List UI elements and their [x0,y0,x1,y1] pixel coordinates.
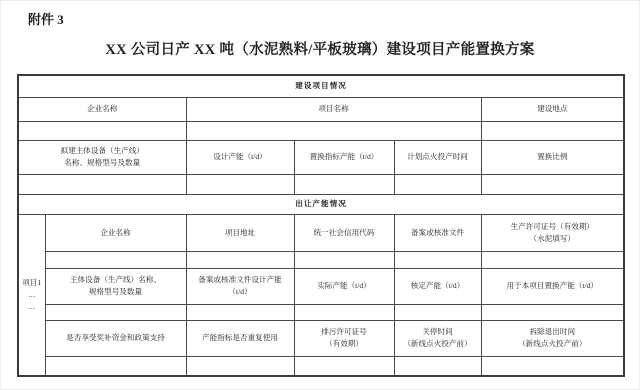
header-credit-code: 统一社会信用代码 [294,214,394,251]
empty-cell-actual-capacity [294,304,394,320]
empty-cell-filing-design-capacity [186,304,294,320]
empty-cell-planned-ignition-time [394,174,481,194]
header-planned-ignition-time: 计划点火投产时间 [394,140,481,174]
header-transfer-enterprise-name: 企业名称 [45,214,186,251]
header-construction-site: 建设地点 [481,97,624,121]
doc-title: XX 公司日产 XX 吨（水泥熟料/平板玻璃）建设项目产能置换方案 [0,38,640,59]
header-replacement-indicator-capacity: 置换指标产能（t/d） [294,140,394,174]
empty-cell-demolition-time [481,356,624,376]
ellipsis-1: … [28,290,36,299]
header-subsidy-support: 是否享受奖补资金和政策支持 [45,320,186,356]
header-project-address: 项目地址 [186,214,294,251]
header-actual-capacity: 实际产能（t/d） [294,268,394,304]
empty-cell-enterprise-name [18,121,186,140]
section-header-construction: 建设项目情况 [18,75,624,97]
empty-cell-design-capacity [186,174,294,194]
header-filing-design-capacity: 备案或核准文件设计产能 （t/d） [186,268,294,304]
header-main-equipment: 主体设备（生产线）名称、 规格型号及数量 [45,268,186,304]
empty-cell-capacity-for-replacement [481,304,624,320]
capacity-replacement-table: 建设项目情况 企业名称 项目名称 建设地点 拟建主体设备（生产线） 名称、规格型… [17,74,625,377]
header-shutdown-time: 关停时间 （新线点火投产前） [394,320,481,356]
header-planned-equipment: 拟建主体设备（生产线） 名称、规格型号及数量 [18,140,186,174]
empty-cell-pollution-permit [294,356,394,376]
empty-cell-planned-equipment [18,174,186,194]
project-1-text: 项目1 [22,278,41,287]
section-header-transfer: 出让产能情况 [18,194,624,214]
project-1-label: 项目1…… [18,214,45,376]
empty-cell-subsidy-support [45,356,186,376]
empty-cell-transfer-enterprise-name [45,251,186,268]
header-project-name: 项目名称 [186,97,481,121]
empty-cell-production-license [481,251,624,268]
empty-cell-shutdown-time [394,356,481,376]
header-indicator-reuse: 产能指标是否重复使用 [186,320,294,356]
empty-cell-indicator-reuse [186,356,294,376]
empty-cell-construction-site [481,121,624,140]
header-demolition-time: 拆除退出时间 （新线点火投产前） [481,320,624,356]
document-page: { "page": { "attachment_label": "附件 3", … [0,0,640,390]
empty-cell-project-name [186,121,481,140]
empty-cell-main-equipment [45,304,186,320]
header-design-capacity: 设计产能（t/d） [186,140,294,174]
attachment-label: 附件 3 [28,9,64,28]
header-filing-document: 备案或核准文件 [394,214,481,251]
empty-cell-filing-document [394,251,481,268]
empty-cell-project-address [186,251,294,268]
empty-cell-replacement-ratio [481,174,624,194]
header-pollution-permit: 排污许可证号 （有效期） [294,320,394,356]
header-enterprise-name: 企业名称 [18,97,186,121]
empty-cell-approved-capacity [394,304,481,320]
empty-cell-credit-code [294,251,394,268]
header-capacity-for-replacement: 用于本项目置换产能（t/d） [481,268,624,304]
empty-cell-replacement-indicator-capacity [294,174,394,194]
header-production-license: 生产许可证号（有效期） （水泥填写） [481,214,624,251]
ellipsis-2: … [28,302,36,311]
header-replacement-ratio: 置换比例 [481,140,624,174]
header-approved-capacity: 核定产能（t/d） [394,268,481,304]
